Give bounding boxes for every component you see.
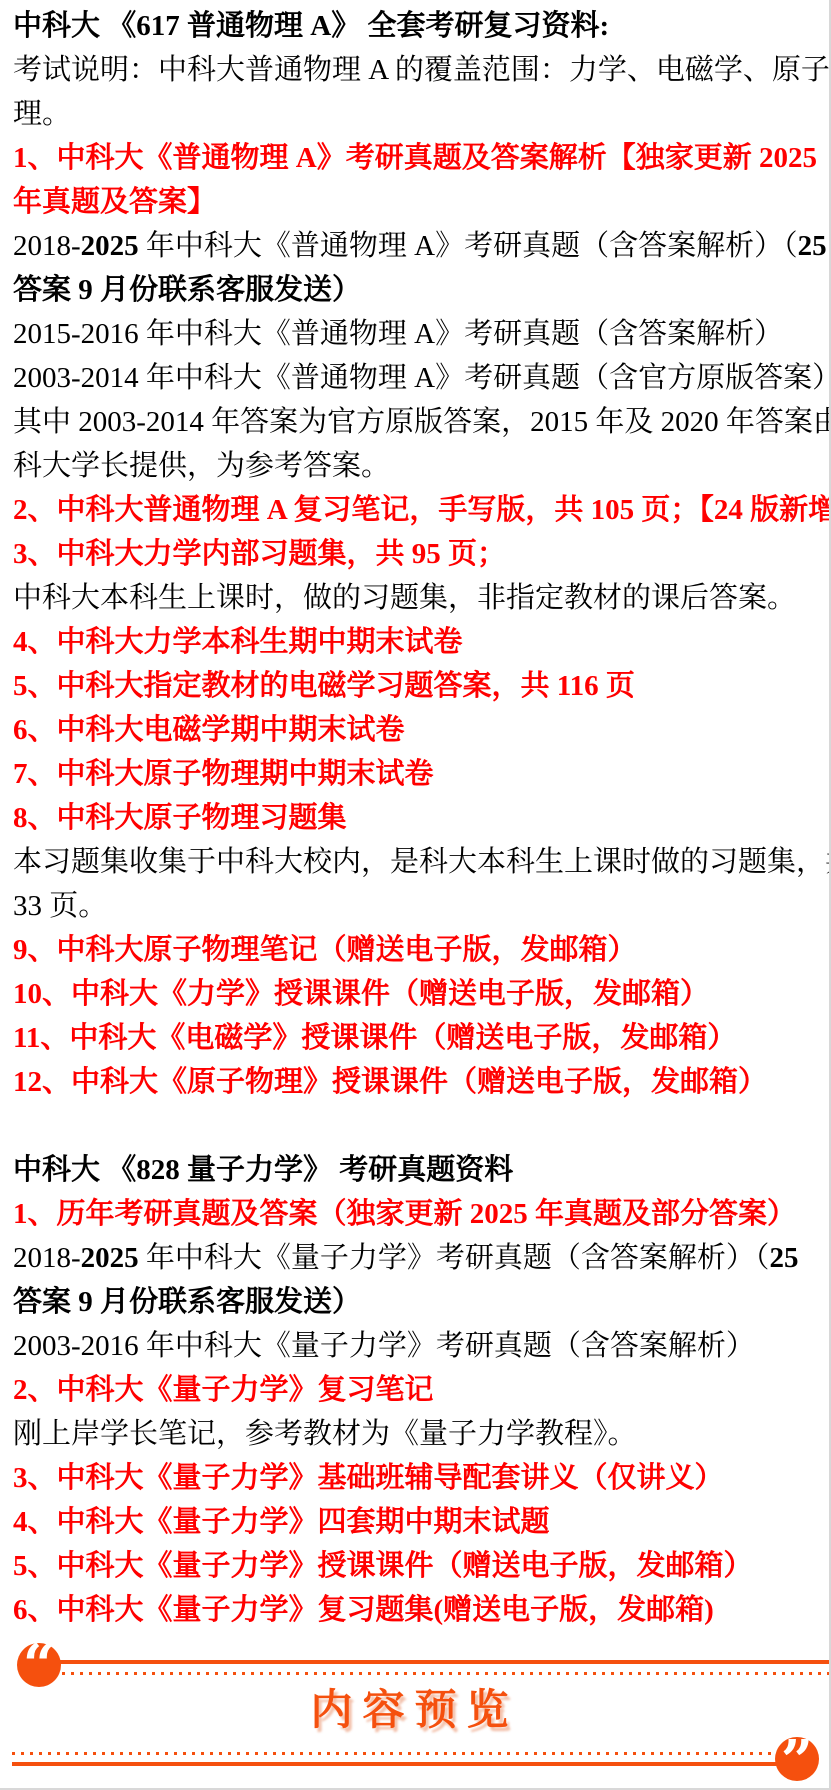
sec1-item9: 9、中科大原子物理笔记（赠送电子版，发邮箱）: [13, 928, 823, 972]
text-segment: 8、中科大原子物理习题集: [13, 802, 347, 834]
text-segment: 刚上岸学长笔记，参考教材为《量子力学教程》。: [13, 1418, 637, 1450]
sec1-item11: 11、中科大《电磁学》授课课件（赠送电子版，发邮箱）: [13, 1016, 823, 1060]
text-segment: 7、中科大原子物理期中期末试卷: [13, 758, 434, 790]
sec2-item3: 3、中科大《量子力学》基础班辅导配套讲义（仅讲义）: [13, 1456, 823, 1500]
text-segment: 3、中科大力学内部习题集，共 95 页；: [13, 538, 506, 570]
text-segment: 1、中科大《普通物理 A》考研真题及答案解析【独家更新 2025: [13, 142, 817, 174]
section-gap: [13, 1104, 823, 1148]
text-segment: 中科大本科生上课时，做的习题集，非指定教材的课后答案。: [13, 582, 796, 614]
sec2-item6: 6、中科大《量子力学》复习题集(赠送电子版，发邮箱): [13, 1588, 823, 1632]
close-quote-icon: ”: [775, 1737, 819, 1781]
text-segment: 33 页。: [13, 890, 107, 922]
sec2-item1-detail1-line2: 答案 9 月份联系客服发送）: [13, 1280, 823, 1324]
content-preview-title: 内容预览: [0, 1687, 829, 1733]
sec1-item1-detail3: 2003-2014 年中科大《普通物理 A》考研真题（含官方原版答案）: [13, 356, 823, 400]
text-segment: 6、中科大电磁学期中期末试卷: [13, 714, 405, 746]
sec2-item2: 2、中科大《量子力学》复习笔记: [13, 1368, 823, 1412]
exam-description-line1: 考试说明：中科大普通物理 A 的覆盖范围：力学、电磁学、原子物: [13, 48, 823, 92]
sec1-item1-detail1-line1: 2018-2025 年中科大《普通物理 A》考研真题（含答案解析）（25: [13, 224, 823, 268]
text-segment: 12、中科大《原子物理》授课课件（赠送电子版，发邮箱）: [13, 1066, 767, 1098]
sec1-item1-note-line1: 其中 2003-2014 年答案为官方原版答案，2015 年及 2020 年答案…: [13, 400, 823, 444]
text-segment: 5、中科大指定教材的电磁学习题答案，共 116 页: [13, 670, 635, 702]
text-segment: 25: [769, 1242, 798, 1274]
sec1-item1-detail1-line2: 答案 9 月份联系客服发送）: [13, 268, 823, 312]
divider-dotted-bottom: [12, 1752, 775, 1755]
sec1-item10: 10、中科大《力学》授课课件（赠送电子版，发邮箱）: [13, 972, 823, 1016]
sec1-item4: 4、中科大力学本科生期中期末试卷: [13, 620, 823, 664]
text-segment: 4、中科大《量子力学》四套期中期末试题: [13, 1506, 550, 1538]
text-segment: 中科大 《617 普通物理 A》 全套考研复习资料:: [13, 10, 609, 42]
text-segment: 10、中科大《力学》授课课件（赠送电子版，发邮箱）: [13, 978, 709, 1010]
text-segment: 4、中科大力学本科生期中期末试卷: [13, 626, 463, 658]
text-segment: 1、历年考研真题及答案（独家更新 2025 年真题及部分答案）: [13, 1198, 796, 1230]
materials-list: 中科大 《617 普通物理 A》 全套考研复习资料:考试说明：中科大普通物理 A…: [0, 0, 829, 1632]
sec1-item3: 3、中科大力学内部习题集，共 95 页；: [13, 532, 823, 576]
sec1-item5: 5、中科大指定教材的电磁学习题答案，共 116 页: [13, 664, 823, 708]
text-segment: 3、中科大《量子力学》基础班辅导配套讲义（仅讲义）: [13, 1462, 724, 1494]
text-segment: 科大学长提供，为参考答案。: [13, 450, 390, 482]
sec1-item7: 7、中科大原子物理期中期末试卷: [13, 752, 823, 796]
text-segment: 2003-2014 年中科大《普通物理 A》考研真题（含官方原版答案）: [13, 362, 831, 394]
sec1-item6: 6、中科大电磁学期中期末试卷: [13, 708, 823, 752]
open-quote-icon: “: [17, 1643, 61, 1687]
text-segment: 考试说明：中科大普通物理 A 的覆盖范围：力学、电磁学、原子物: [13, 54, 831, 86]
text-segment: 年中科大《普通物理 A》考研真题（含答案解析）（: [139, 230, 798, 262]
text-segment: 11、中科大《电磁学》授课课件（赠送电子版，发邮箱）: [13, 1022, 736, 1054]
close-quote-glyph: ”: [781, 1733, 813, 1789]
divider-dotted-top: [62, 1672, 829, 1675]
document-page: { "page": { "colors": { "body_text": "#0…: [0, 0, 831, 1790]
sec1-item8-note-line2: 33 页。: [13, 884, 823, 928]
text-segment: 年真题及答案】: [13, 186, 216, 218]
sec1-item1-detail2: 2015-2016 年中科大《普通物理 A》考研真题（含答案解析）: [13, 312, 823, 356]
sec2-item1-detail1-line1: 2018-2025 年中科大《量子力学》考研真题（含答案解析）（25: [13, 1236, 823, 1280]
exam-description-line2: 理。: [13, 92, 823, 136]
text-segment: 2003-2016 年中科大《量子力学》考研真题（含答案解析）: [13, 1330, 755, 1362]
text-segment: 年中科大《量子力学》考研真题（含答案解析）（: [139, 1242, 770, 1274]
sec1-item8-note-line1: 本习题集收集于中科大校内，是科大本科生上课时做的习题集，共: [13, 840, 823, 884]
content-preview-banner: “ 内容预览 ”: [0, 1643, 829, 1790]
sec1-item1-line1: 1、中科大《普通物理 A》考研真题及答案解析【独家更新 2025: [13, 136, 823, 180]
text-segment: 2015-2016 年中科大《普通物理 A》考研真题（含答案解析）: [13, 318, 783, 350]
text-segment: 理。: [13, 98, 71, 130]
text-segment: 2018-: [13, 1242, 81, 1274]
sec2-item1: 1、历年考研真题及答案（独家更新 2025 年真题及部分答案）: [13, 1192, 823, 1236]
divider-solid-top: [60, 1660, 829, 1664]
sec1-item3-note: 中科大本科生上课时，做的习题集，非指定教材的课后答案。: [13, 576, 823, 620]
text-segment: 本习题集收集于中科大校内，是科大本科生上课时做的习题集，共: [13, 846, 831, 878]
sec2-item4: 4、中科大《量子力学》四套期中期末试题: [13, 1500, 823, 1544]
divider-solid-bottom: [12, 1762, 790, 1766]
sec1-item1-line2: 年真题及答案】: [13, 180, 823, 224]
text-segment: 2、中科大普通物理 A 复习笔记，手写版，共 105 页；【24 版新增】: [13, 494, 831, 526]
text-segment: 其中 2003-2014 年答案为官方原版答案，2015 年及 2020 年答案…: [13, 406, 831, 438]
sec1-item12: 12、中科大《原子物理》授课课件（赠送电子版，发邮箱）: [13, 1060, 823, 1104]
sec2-item1-detail2: 2003-2016 年中科大《量子力学》考研真题（含答案解析）: [13, 1324, 823, 1368]
sec1-item2: 2、中科大普通物理 A 复习笔记，手写版，共 105 页；【24 版新增】: [13, 488, 823, 532]
text-segment: 6、中科大《量子力学》复习题集(赠送电子版，发邮箱): [13, 1594, 714, 1626]
sec2-item2-note: 刚上岸学长笔记，参考教材为《量子力学教程》。: [13, 1412, 823, 1456]
text-segment: 2025: [81, 1242, 139, 1274]
text-segment: 2018-: [13, 230, 81, 262]
text-segment: 5、中科大《量子力学》授课课件（赠送电子版，发邮箱）: [13, 1550, 753, 1582]
text-segment: 中科大 《828 量子力学》 考研真题资料: [13, 1154, 513, 1186]
text-segment: 25: [798, 230, 827, 262]
text-segment: 答案 9 月份联系客服发送）: [13, 274, 361, 306]
section1-heading: 中科大 《617 普通物理 A》 全套考研复习资料:: [13, 4, 823, 48]
open-quote-glyph: “: [23, 1637, 55, 1693]
text-segment: 2、中科大《量子力学》复习笔记: [13, 1374, 434, 1406]
text-segment: 9、中科大原子物理笔记（赠送电子版，发邮箱）: [13, 934, 637, 966]
sec2-item5: 5、中科大《量子力学》授课课件（赠送电子版，发邮箱）: [13, 1544, 823, 1588]
section2-heading: 中科大 《828 量子力学》 考研真题资料: [13, 1148, 823, 1192]
text-segment: 2025: [81, 230, 139, 262]
sec1-item1-note-line2: 科大学长提供，为参考答案。: [13, 444, 823, 488]
sec1-item8: 8、中科大原子物理习题集: [13, 796, 823, 840]
text-segment: 答案 9 月份联系客服发送）: [13, 1286, 361, 1318]
